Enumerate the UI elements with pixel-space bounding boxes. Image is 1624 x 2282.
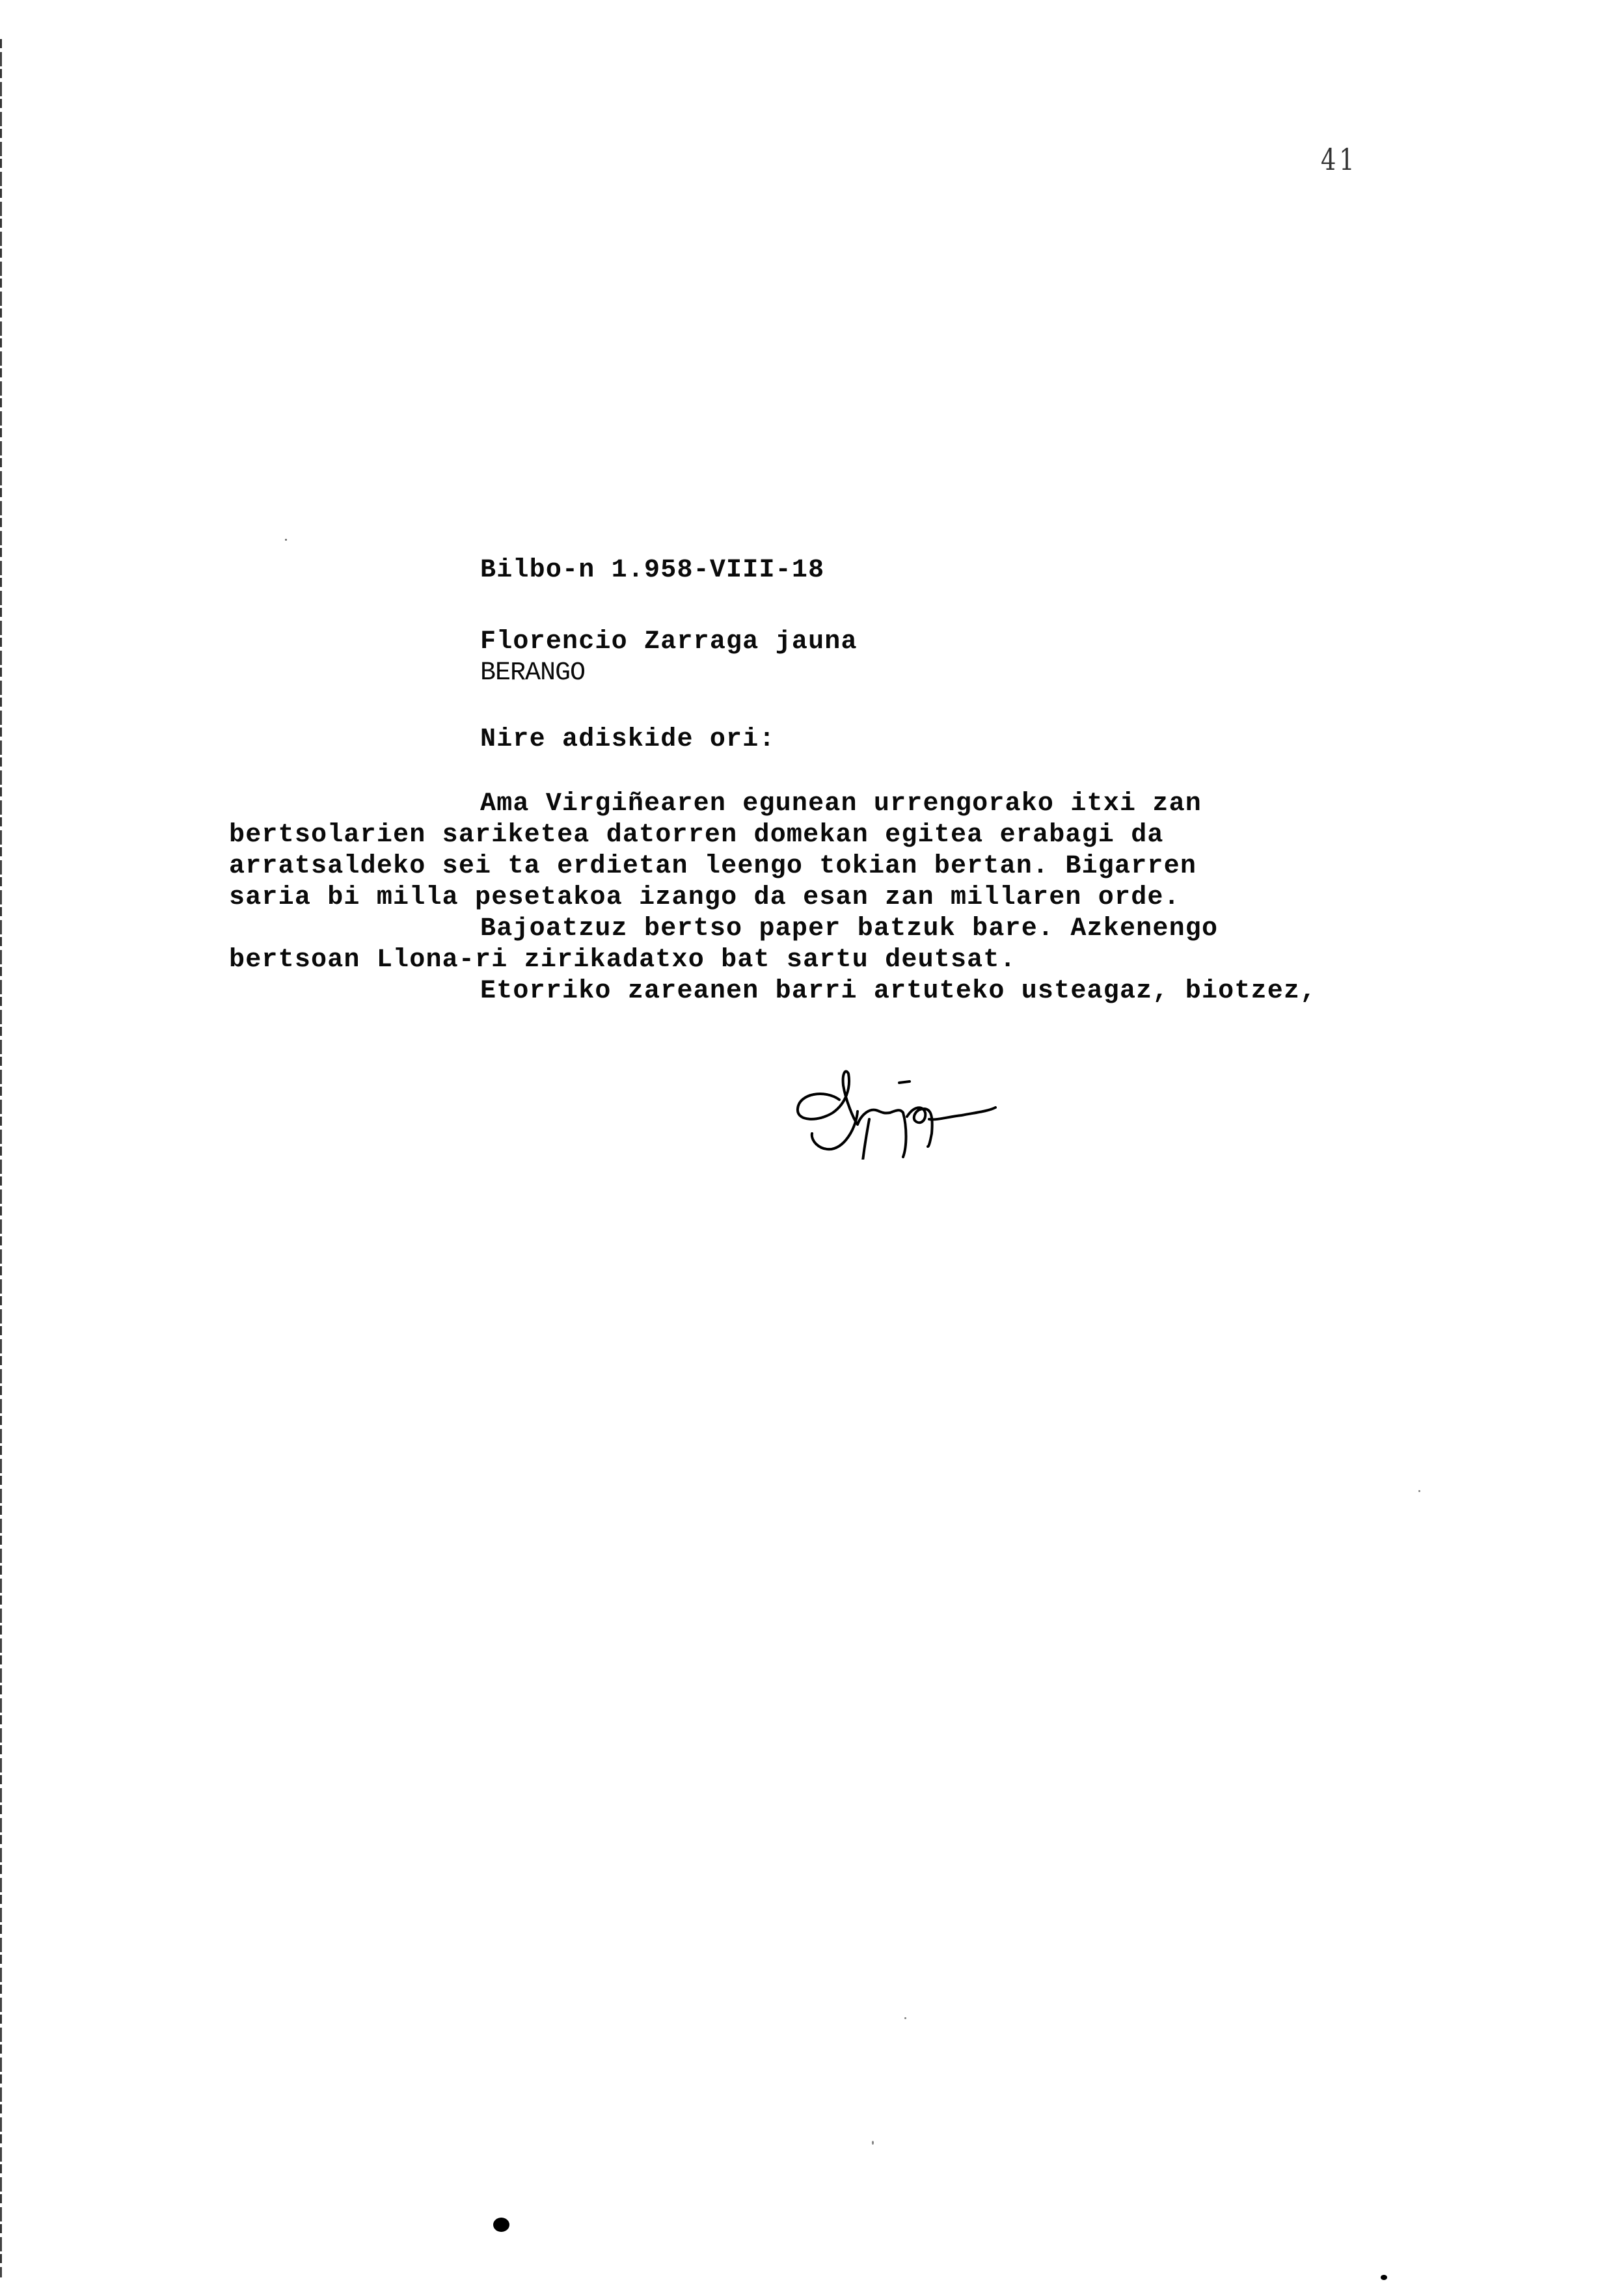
ink-speck	[904, 2017, 906, 2019]
ink-speck	[285, 539, 287, 541]
date-line: Bilbo-n 1.958-VIII-18	[480, 554, 824, 587]
ink-speck	[872, 2141, 874, 2145]
ink-dot	[493, 2218, 509, 2232]
body-line: Ama Virgiñearen egunean urrengorako itxi…	[229, 789, 1316, 820]
page-number: 41	[1321, 142, 1357, 177]
signature-icon	[792, 1049, 1014, 1160]
ink-speck	[1381, 2275, 1387, 2280]
body-line: bertsolarien sariketea datorren domekan …	[229, 820, 1316, 851]
body-line: saria bi milla pesetakoa izango da esan …	[229, 882, 1316, 914]
body-line: bertsoan Llona-ri zirikadatxo bat sartu …	[229, 945, 1316, 976]
body-line: Etorriko zareanen barri artuteko usteaga…	[229, 976, 1316, 1007]
letter-page: 41 Bilbo-n 1.958-VIII-18 Florencio Zarra…	[0, 0, 1624, 2282]
letter-body: Ama Virgiñearen egunean urrengorako itxi…	[229, 789, 1316, 1007]
body-line: Bajoatzuz bertso paper batzuk bare. Azke…	[229, 914, 1316, 945]
body-line: arratsaldeko sei ta erdietan leengo toki…	[229, 851, 1316, 882]
ink-speck	[1418, 1490, 1420, 1492]
salutation: Nire adiskide ori:	[480, 724, 776, 756]
addressee-city: BERANGO	[480, 657, 585, 690]
addressee: Florencio Zarraga jauna	[480, 626, 858, 659]
scan-left-edge	[0, 39, 2, 2277]
